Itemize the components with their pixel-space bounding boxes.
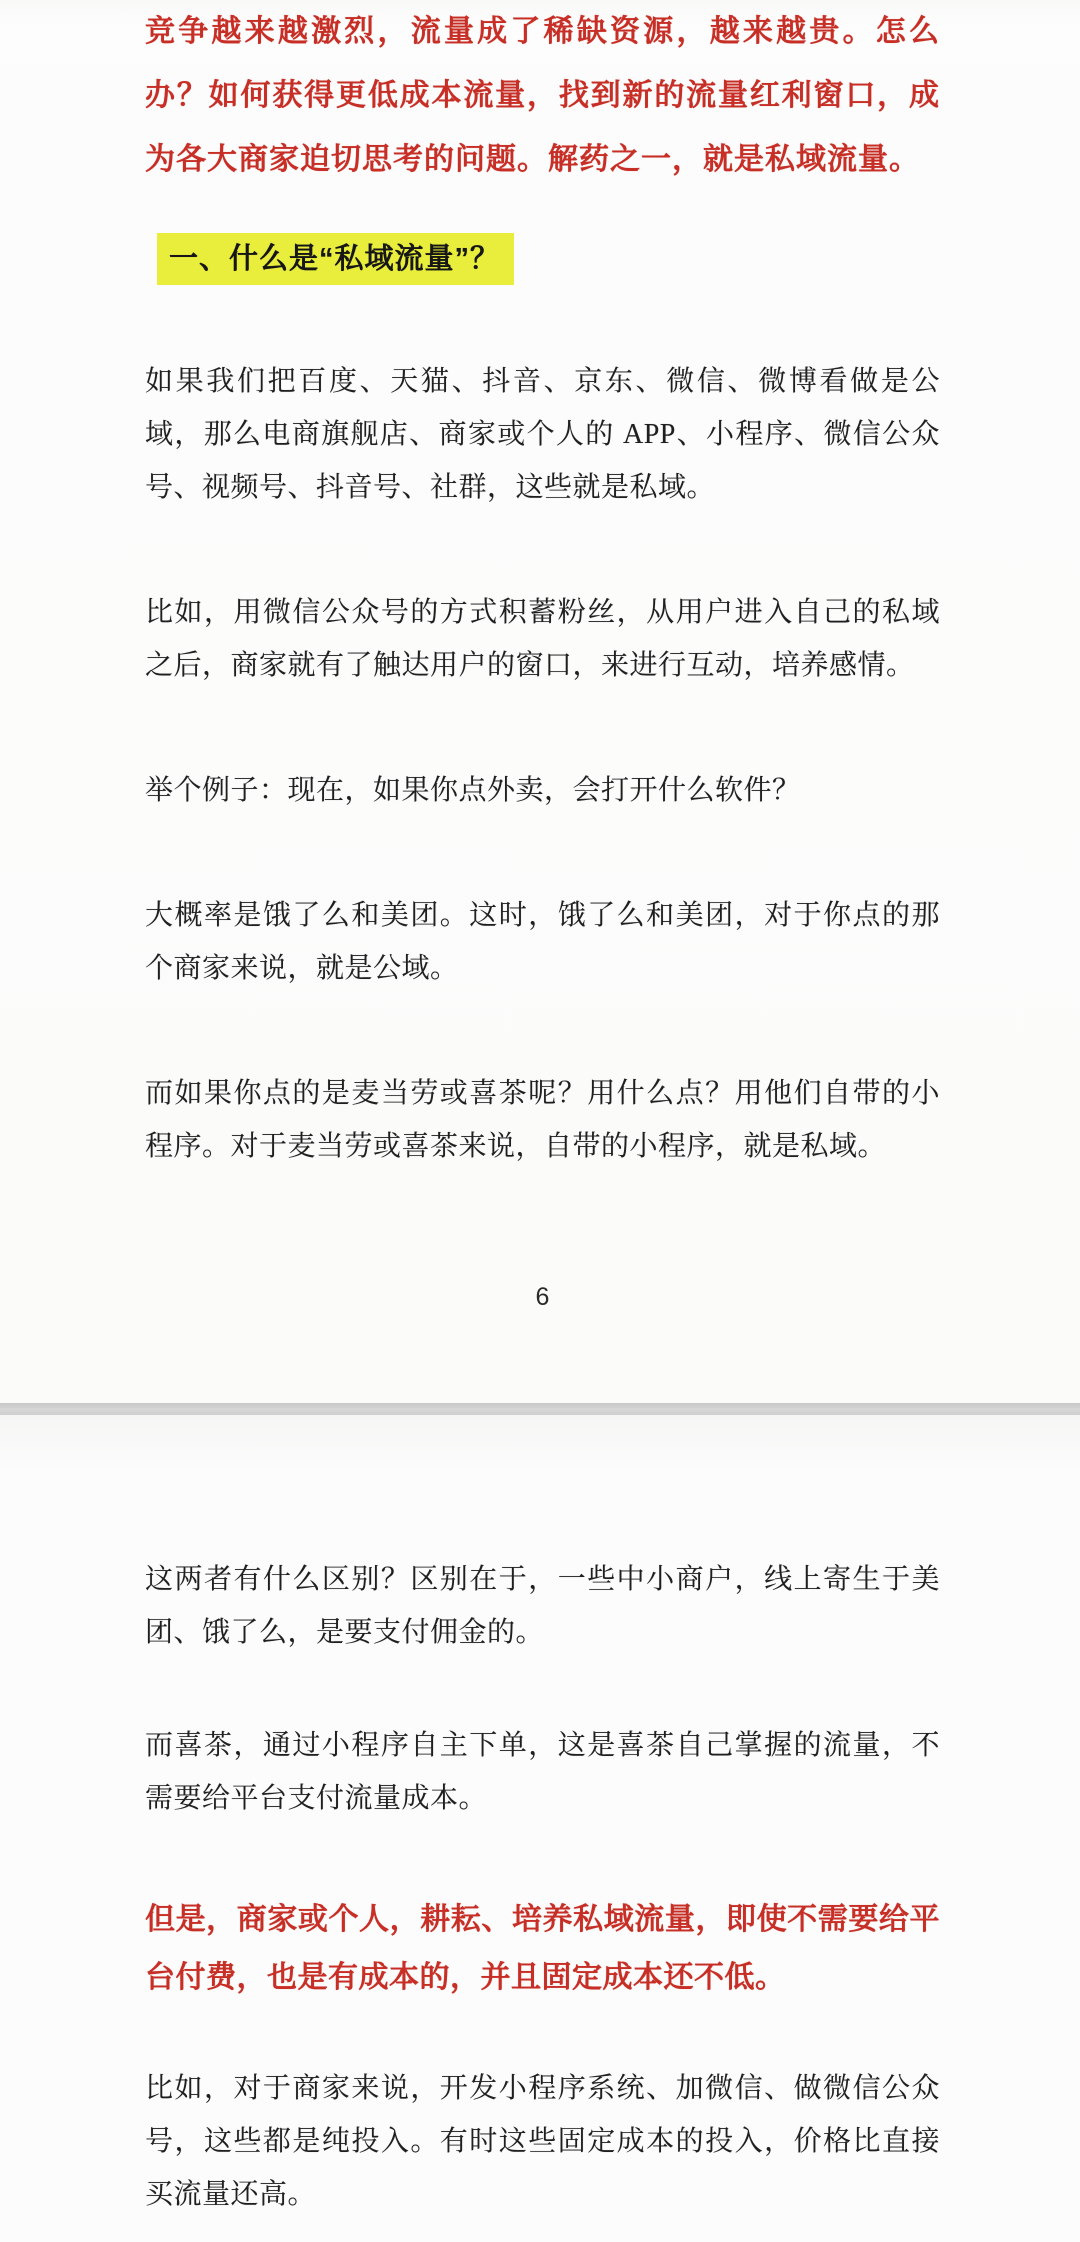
paragraph: 比如，用微信公众号的方式积蓄粉丝，从用户进入自己的私域之后，商家就有了触达用户的…	[145, 586, 940, 692]
paragraph: 而如果你点的是麦当劳或喜茶呢？用什么点？用他们自带的小程序。对于麦当劳或喜茶来说…	[145, 1067, 940, 1173]
document-page-1: 竞争越来越激烈，流量成了稀缺资源，越来越贵。怎么办？如何获得更低成本流量，找到新…	[0, 0, 1080, 1403]
intro-red-paragraph: 竞争越来越激烈，流量成了稀缺资源，越来越贵。怎么办？如何获得更低成本流量，找到新…	[145, 0, 940, 192]
document-sheet: 竞争越来越激烈，流量成了稀缺资源，越来越贵。怎么办？如何获得更低成本流量，找到新…	[0, 0, 1080, 2242]
paragraph: 举个例子：现在，如果你点外卖，会打开什么软件？	[145, 764, 940, 817]
page-number: 6	[145, 1283, 940, 1312]
paragraph: 大概率是饿了么和美团。这时，饿了么和美团，对于你点的那个商家来说，就是公域。	[145, 889, 940, 995]
emphasis-red-paragraph: 但是，商家或个人，耕耘、培养私域流量，即使不需要给平台付费，也是有成本的，并且固…	[145, 1891, 940, 2007]
section-heading-highlighted: 一、什么是“私域流量”？	[157, 233, 514, 285]
paragraph: 比如，对于商家来说，开发小程序系统、加微信、做微信公众号，这些都是纯投入。有时这…	[145, 2062, 940, 2221]
document-page-2: 这两者有什么区别？区别在于，一些中小商户，线上寄生于美团、饿了么，是要支付佣金的…	[0, 1415, 1080, 2242]
paragraph: 这两者有什么区别？区别在于，一些中小商户，线上寄生于美团、饿了么，是要支付佣金的…	[145, 1553, 940, 1659]
paragraph: 而喜茶，通过小程序自主下单，这是喜茶自己掌握的流量，不需要给平台支付流量成本。	[145, 1719, 940, 1825]
page-divider	[0, 1403, 1080, 1415]
paragraph: 如果我们把百度、天猫、抖音、京东、微信、微博看做是公域，那么电商旗舰店、商家或个…	[145, 355, 940, 514]
